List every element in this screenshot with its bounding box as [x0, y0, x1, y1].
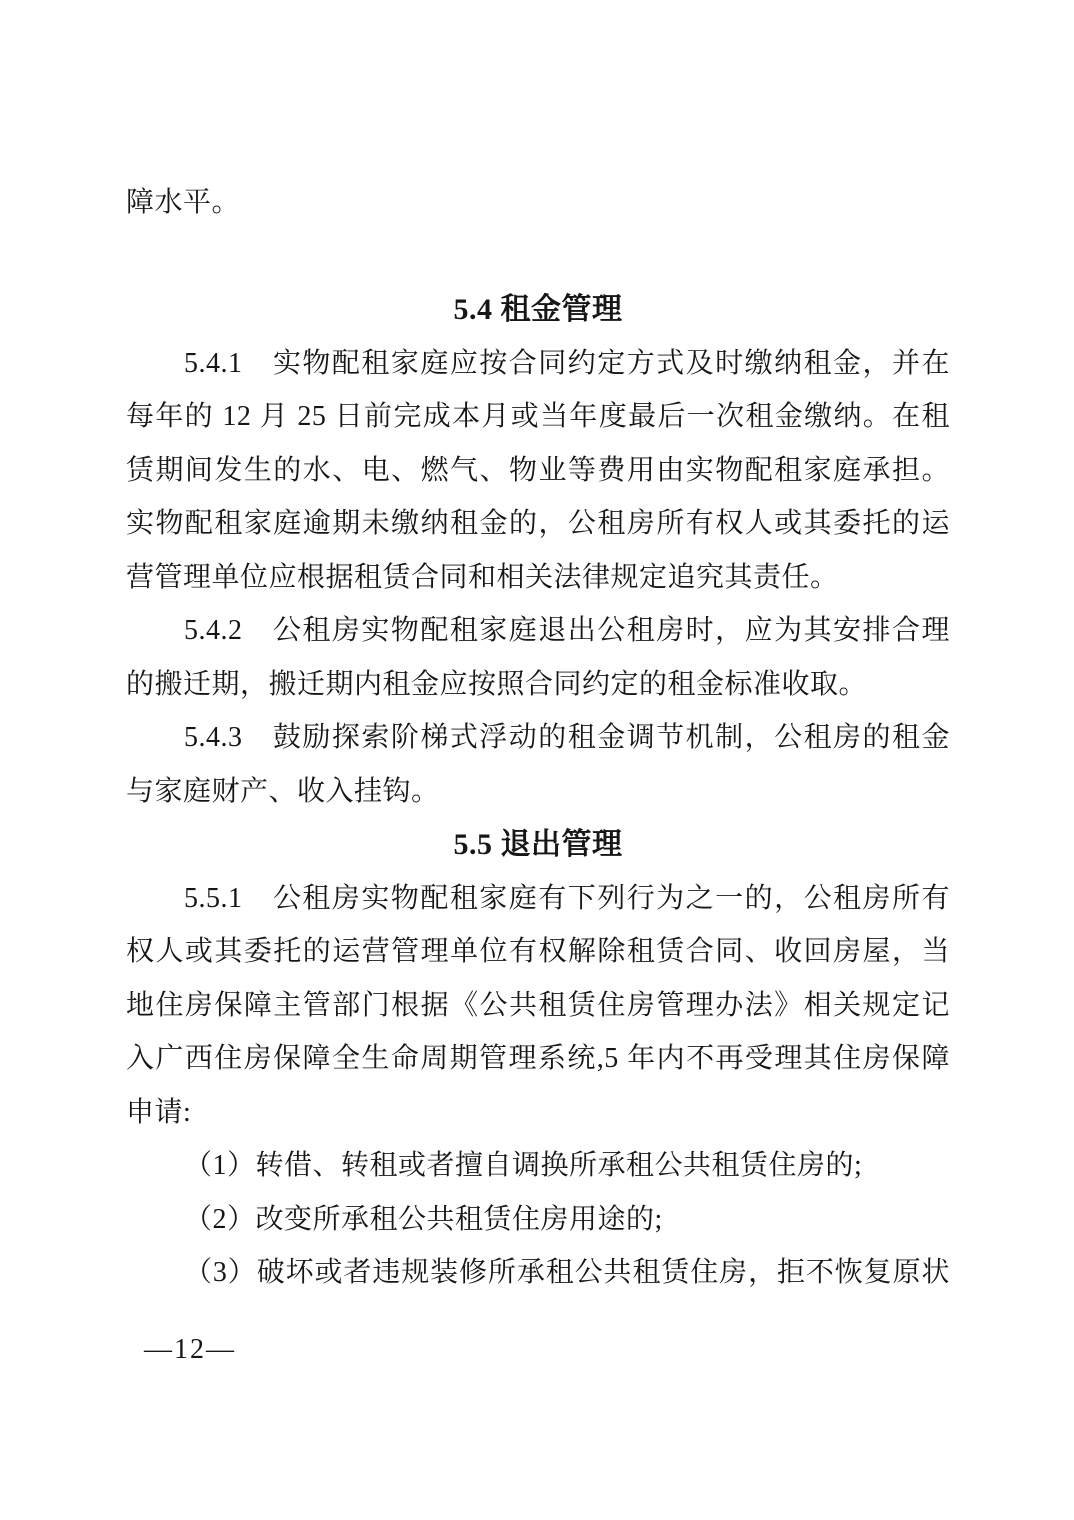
paragraph-line: 申请:: [126, 1086, 950, 1140]
paragraph-line: 障水平。: [126, 176, 950, 230]
paragraph-line: 赁期间发生的水、电、燃气、物业等费用由实物配租家庭承担。: [126, 444, 950, 498]
paragraph-line-5-4-1: 5.4.1 实物配租家庭应按合同约定方式及时缴纳租金，并在: [126, 337, 950, 391]
list-item-1: （1）转借、转租或者擅自调换所承租公共租赁住房的;: [126, 1139, 950, 1193]
section-heading-5-5: 5.5 退出管理: [126, 818, 950, 872]
list-item-2: （2）改变所承租公共租赁住房用途的;: [126, 1193, 950, 1247]
paragraph-line: 每年的 12 月 25 日前完成本月或当年度最后一次租金缴纳。在租: [126, 390, 950, 444]
paragraph-line-5-5-1: 5.5.1 公租房实物配租家庭有下列行为之一的，公租房所有: [126, 872, 950, 926]
list-item-3: （3）破坏或者违规装修所承租公共租赁住房，拒不恢复原状: [126, 1246, 950, 1300]
paragraph-line: 实物配租家庭逾期未缴纳租金的，公租房所有权人或其委托的运: [126, 497, 950, 551]
paragraph-line: 营管理单位应根据租赁合同和相关法律规定追究其责任。: [126, 551, 950, 605]
paragraph-line-5-4-3: 5.4.3 鼓励探索阶梯式浮动的租金调节机制，公租房的租金: [126, 711, 950, 765]
paragraph-line: 与家庭财产、收入挂钩。: [126, 765, 950, 819]
document-page: 障水平。 5.4 租金管理 5.4.1 实物配租家庭应按合同约定方式及时缴纳租金…: [0, 0, 1074, 1520]
section-heading-5-4: 5.4 租金管理: [126, 283, 950, 337]
document-body: 障水平。 5.4 租金管理 5.4.1 实物配租家庭应按合同约定方式及时缴纳租金…: [126, 176, 950, 1300]
paragraph-line: 的搬迁期，搬迁期内租金应按照合同约定的租金标准收取。: [126, 658, 950, 712]
paragraph-line: 地住房保障主管部门根据《公共租赁住房管理办法》相关规定记: [126, 979, 950, 1033]
paragraph-line-5-4-2: 5.4.2 公租房实物配租家庭退出公租房时，应为其安排合理: [126, 604, 950, 658]
page-number: —12—: [144, 1330, 236, 1370]
paragraph-line: 入广西住房保障全生命周期管理系统,5 年内不再受理其住房保障: [126, 1032, 950, 1086]
paragraph-line: 权人或其委托的运营管理单位有权解除租赁合同、收回房屋，当: [126, 925, 950, 979]
